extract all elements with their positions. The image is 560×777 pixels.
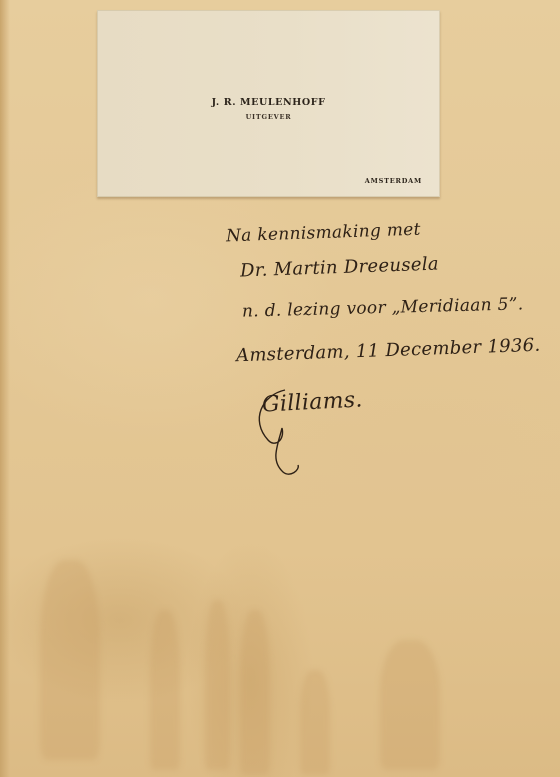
signature: Gilliams. (261, 387, 363, 417)
water-stain (380, 640, 440, 770)
page-left-edge (0, 0, 10, 777)
inscription-line-3: n. d. lezing voor „Meridiaan 5”. (242, 294, 524, 321)
inscription-line-4: Amsterdam, 11 December 1936. (236, 335, 541, 367)
water-stain (300, 670, 330, 775)
document-page: J. R. MEULENHOFF UITGEVER AMSTERDAM Na k… (0, 0, 560, 777)
water-stain (240, 610, 270, 775)
card-publisher-role: UITGEVER (97, 113, 440, 121)
publisher-calling-card: J. R. MEULENHOFF UITGEVER AMSTERDAM (97, 10, 440, 197)
card-publisher-name: J. R. MEULENHOFF (97, 97, 440, 108)
water-stain (205, 600, 230, 770)
water-stain (150, 610, 180, 770)
card-city: AMSTERDAM (365, 177, 422, 185)
inscription-line-2: Dr. Martin Dreeusela (240, 254, 440, 282)
water-stain (40, 560, 100, 760)
inscription-line-1: Na kennismaking met (226, 220, 421, 247)
